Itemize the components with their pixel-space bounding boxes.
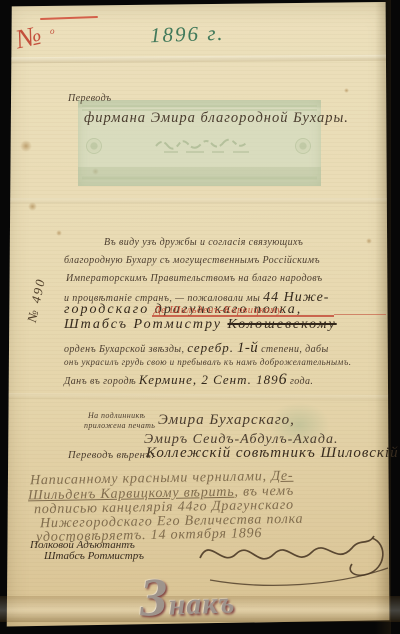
firman-line: онъ украсилъ грудь свою и пребывалъ къ н… [64,357,351,367]
firman-date-line: Данъ въ городѣ Кермине, 2 Сент. 1896 год… [64,371,313,389]
firman-line: благородную Бухару съ могущественнымъ Ро… [64,255,320,266]
handwritten-city-date: Кермине, 2 Сент. 189 [139,372,279,387]
handwritten-degree: 1-й [237,340,258,356]
site-watermark: Знакъ [139,561,291,634]
emir-title-line: Эмира Бухарскаго, [158,412,295,429]
adjutant-rank-line: Штабсъ Ротмистръ [44,550,144,562]
firman-printed-text: орденъ Бухарской звѣзды, [64,344,184,355]
seal-note-small: На подлинникѣ [88,411,145,420]
red-strike-tail [334,314,386,315]
rosette-ornament [86,138,102,154]
fold-crease [6,198,391,204]
certification-signature-text: Коллежскій совѣтникъ Шиловскій [146,445,399,462]
seal-note-small: приложена печать [84,421,155,430]
translation-label: Переводъ [68,93,112,104]
certification-label: Переводъ вѣренъ: [68,450,155,461]
red-number-superscript: о [50,26,55,36]
fold-crease [6,55,391,64]
photo-background: № о 1896 г. № 490 Переводъ фирмана Эмира… [0,0,400,634]
green-year-mark: 1896 г. [150,21,225,49]
firman-printed-text: степени, дабы [261,344,329,355]
firman-printed-text: года. [290,376,313,387]
note-underlined: Де- [271,469,293,484]
struck-out-name: Колошевскому [227,317,336,332]
handwritten-year-digit: 6 [279,371,287,388]
fold-crease [6,393,391,401]
rosette-ornament [295,138,311,154]
firman-line: орденъ Бухарской звѣзды, серебр. 1-й сте… [64,340,329,357]
firman-line: Императорскимъ Правительствомъ на благо … [66,273,323,284]
rank-text: Штабсъ Ротмистру [64,317,222,332]
document-title: фирмана Эмира благородной Бухары. [84,110,349,127]
firman-printed-text: Данъ въ городѣ [64,376,136,387]
firman-line: Въ виду узъ дружбы и согласія связующихъ [104,237,303,248]
handwritten-insert: серебр. [187,340,234,355]
handwritten-rank: Штабсъ Ротмистру Колошевскому [64,317,337,333]
